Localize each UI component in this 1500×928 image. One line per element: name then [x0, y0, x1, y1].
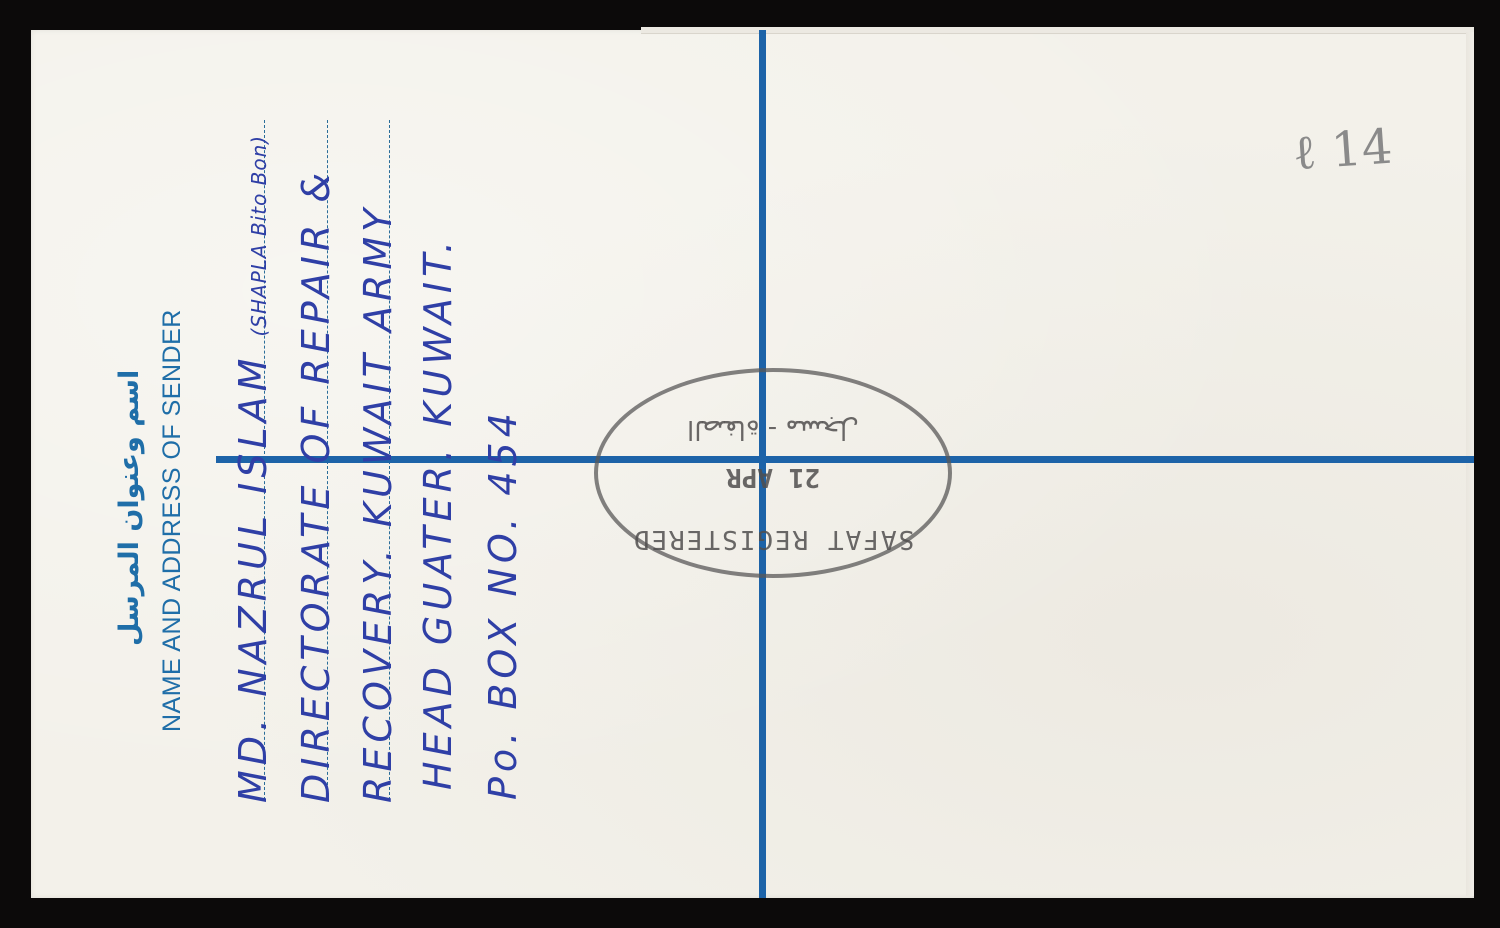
sender-label-english: NAME AND ADDRESS OF SENDER: [158, 309, 187, 732]
address-line-5: Po. BOX NO. 454: [481, 408, 525, 800]
address-line-2: DIRECTORATE OF REPAIR &: [294, 168, 338, 803]
address-annotation: (SHAPLA Bito Bon): [247, 135, 271, 337]
address-line-3: RECOVERY. KUWAIT ARMY: [356, 204, 400, 803]
address-line-4: HEAD GUATER. KUWAIT.: [416, 236, 460, 790]
postmark-stamp: SAFAT REGISTERED 21 APR الصفاة - مسجل: [594, 368, 952, 578]
postmark-date: 21 APR: [598, 462, 948, 492]
sender-label-arabic: اسم وعنوان المرسل: [114, 370, 145, 646]
postmark-top-text: SAFAT REGISTERED: [598, 524, 948, 554]
postmark-arabic-text: الصفاة - مسجل: [598, 414, 948, 444]
envelope: اسم وعنوان المرسل NAME AND ADDRESS OF SE…: [31, 30, 1474, 898]
address-line-name: MD. NAZRUL ISLAM (SHAPLA Bito Bon): [231, 135, 275, 803]
right-fold-edge: [1466, 32, 1474, 896]
address-line-name-text: MD. NAZRUL ISLAM: [231, 354, 275, 803]
pencil-note: ℓ 14: [1291, 119, 1394, 182]
